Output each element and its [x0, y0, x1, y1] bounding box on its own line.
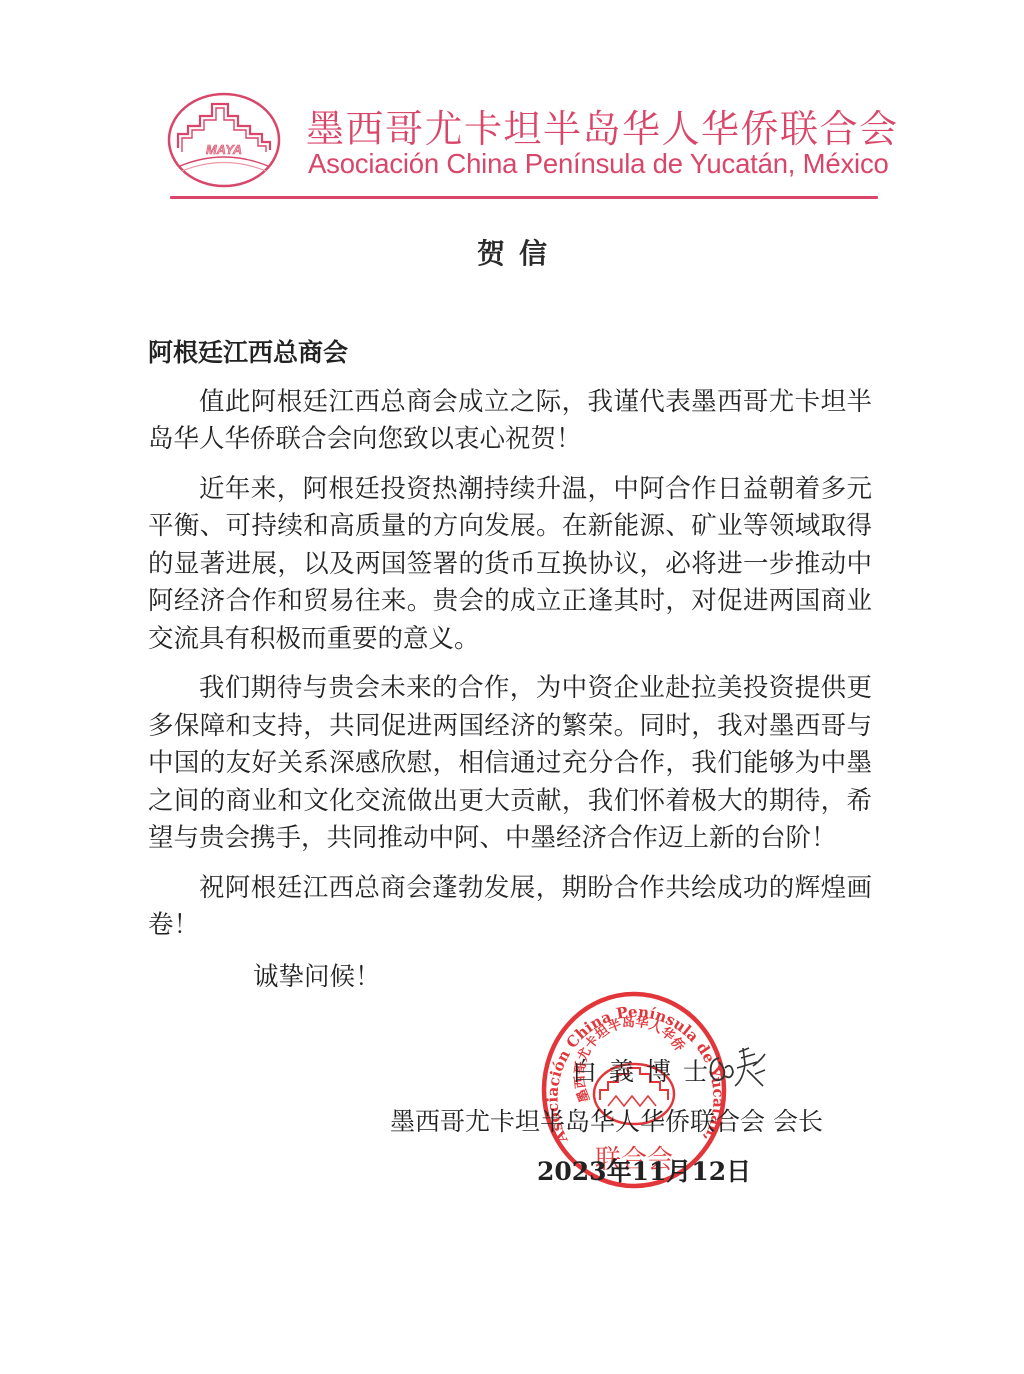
salutation: 阿根廷江西总商会 — [148, 334, 872, 372]
paragraph-3: 我们期待与贵会未来的合作，为中资企业赴拉美投资提供更多保障和支持，共同促进两国经… — [148, 670, 872, 858]
signatory-title: 墨西哥尤卡坦半岛华人华侨联合会 会长 — [390, 1102, 823, 1138]
signatory-name: 白義博士 — [572, 1052, 720, 1088]
closing: 诚挚问候！ — [148, 959, 872, 997]
paragraph-2: 近年来，阿根廷投资热潮持续升温，中阿合作日益朝着多元平衡、可持续和高质量的方向发… — [148, 471, 872, 659]
logo-maya-text: MAYA — [206, 142, 242, 157]
letter-title: 贺信 — [0, 232, 1024, 272]
letterhead-divider — [170, 196, 878, 199]
maya-city-logo-icon: MAYA — [166, 90, 286, 190]
letter-body: 阿根廷江西总商会 值此阿根廷江西总商会成立之际，我谨代表墨西哥尤卡坦半岛华人华侨… — [148, 334, 872, 996]
letterhead: MAYA 墨西哥尤卡坦半岛华人华侨联合会 Asociación China Pe… — [166, 90, 878, 200]
handwritten-signature-icon — [705, 1040, 775, 1095]
org-name-spanish: Asociación China Península de Yucatán, M… — [308, 148, 889, 180]
letter-date: 2023年11月12日 — [537, 1152, 751, 1188]
paragraph-1: 值此阿根廷江西总商会成立之际，我谨代表墨西哥尤卡坦半岛华人华侨联合会向您致以衷心… — [148, 384, 872, 459]
paragraph-4: 祝阿根廷江西总商会蓬勃发展，期盼合作共绘成功的辉煌画卷！ — [148, 870, 872, 945]
org-name-chinese: 墨西哥尤卡坦半岛华人华侨联合会 — [306, 98, 899, 153]
